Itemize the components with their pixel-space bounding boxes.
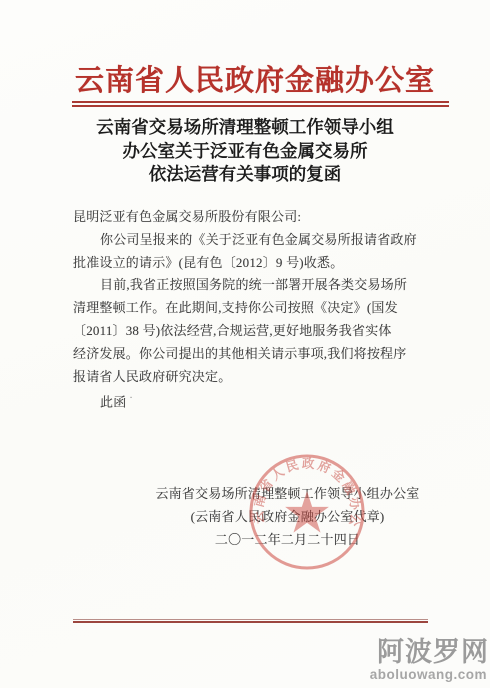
- body-line: 报请省人民政府研究决定。: [73, 366, 423, 389]
- body-line: 清理整顿工作。在此期间,支持你公司按照《决定》(国发: [73, 297, 423, 320]
- document-title-line-2: 办公室关于泛亚有色金属交易所: [35, 140, 455, 164]
- watermark: 阿波罗网 aboluowang.com: [370, 638, 489, 682]
- document-title: 云南省交易场所清理整顿工作领导小组 办公室关于泛亚有色金属交易所 依法运营有关事…: [35, 116, 455, 187]
- document-title-line-1: 云南省交易场所清理整顿工作领导小组: [35, 116, 455, 140]
- footer-rule: [73, 619, 428, 623]
- body-line: 〔2011〕38 号)依法经营,合规运营,更好地服务我省实体: [73, 320, 423, 343]
- document-title-line-3: 依法运营有关事项的复函: [35, 163, 455, 187]
- closing-line: 此函·: [73, 388, 423, 414]
- letter-body: 昆明泛亚有色金属交易所股份有限公司: 你公司呈报来的《关于泛亚有色金属交易所报请…: [73, 206, 423, 415]
- signature-block: 云南省交易场所清理整顿工作领导小组办公室 (云南省人民政府金融办公室代章) 二〇…: [85, 483, 490, 551]
- signer-org-name: 云南省交易场所清理整顿工作领导小组办公室: [85, 483, 490, 506]
- watermark-site-url: aboluowang.com: [370, 667, 489, 682]
- closing-scan-mark: ·: [126, 393, 133, 404]
- letterhead-double-rule: [72, 101, 449, 107]
- body-line: 经济发展。你公司提出的其他相关请示事项,我们将按程序: [73, 343, 423, 366]
- letterhead-org-name: 云南省人民政府金融办公室: [55, 58, 455, 99]
- signature-date: 二〇一二年二月二十四日: [85, 529, 490, 552]
- watermark-site-name: 阿波罗网: [370, 638, 489, 667]
- scanned-letter-page: 云南省人民政府金融办公室 云南省交易场所清理整顿工作领导小组 办公室关于泛亚有色…: [0, 0, 490, 688]
- body-line: 你公司呈报来的《关于泛亚有色金属交易所报请省政府: [73, 229, 423, 252]
- closing-text: 此函: [100, 395, 126, 410]
- seal-on-behalf-note: (云南省人民政府金融办公室代章): [85, 506, 490, 529]
- body-line: 批准设立的请示》(昆有色〔2012〕9 号)收悉。: [73, 252, 423, 275]
- body-line: 目前,我省正按照国务院的统一部署开展各类交易场所: [73, 274, 423, 297]
- salutation-line: 昆明泛亚有色金属交易所股份有限公司:: [73, 206, 423, 229]
